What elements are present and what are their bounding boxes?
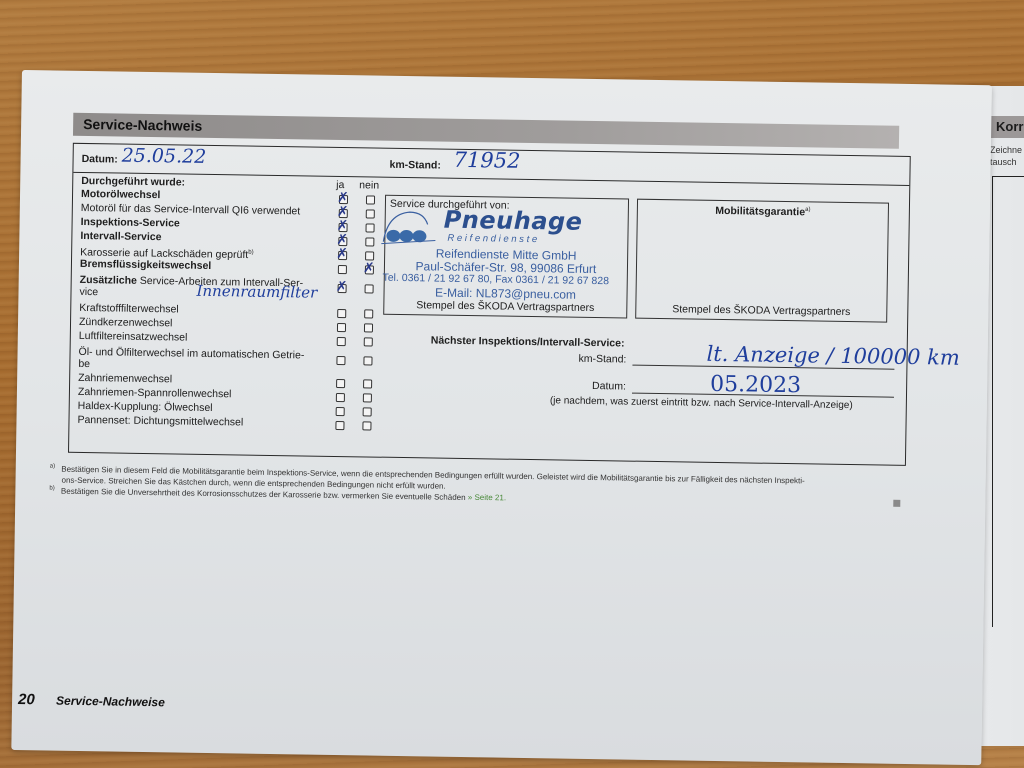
checkbox-nein[interactable] xyxy=(363,407,372,416)
checklist-item: Intervall-Service xyxy=(80,230,161,243)
service-record-form: Datum: 25.05.22 km-Stand: 71952 Durchgef… xyxy=(68,143,911,466)
km-stand-value[interactable]: 71952 xyxy=(453,148,520,173)
next-km-label: km-Stand: xyxy=(578,353,626,366)
checkbox-nein[interactable] xyxy=(365,237,374,246)
checkbox-ja[interactable] xyxy=(336,379,345,388)
checkbox-ja[interactable] xyxy=(337,323,346,332)
check-cross-icon: ✗ xyxy=(336,247,348,261)
left-page: Service-Nachweis Datum: 25.05.22 km-Stan… xyxy=(11,70,992,765)
checkbox-ja[interactable] xyxy=(337,337,346,346)
right-page-frame xyxy=(992,176,1024,627)
next-service-note: (je nachdem, was zuerst eintritt bzw. na… xyxy=(550,395,853,411)
pneuhage-subtitle: R e i f e n d i e n s t e xyxy=(447,233,537,245)
km-stand-label: km-Stand: xyxy=(389,159,441,172)
next-service-heading: Nächster Inspektions/Intervall-Service: xyxy=(431,334,625,349)
mobility-stamp-caption: Stempel des ŠKODA Vertragspartners xyxy=(636,303,886,319)
right-page-text: Zeichne tausch xyxy=(990,144,1022,168)
checkbox-nein[interactable] xyxy=(362,421,371,430)
checkbox-nein[interactable] xyxy=(366,195,375,204)
checkbox-nein[interactable] xyxy=(365,251,374,260)
checkbox-ja[interactable] xyxy=(336,407,345,416)
checklist-item: Bremsflüssigkeitswechsel xyxy=(80,258,211,272)
checkbox-nein[interactable] xyxy=(366,209,375,218)
checklist-item: Zündkerzenwechsel xyxy=(79,316,173,329)
seite-21-link[interactable]: » Seite 21. xyxy=(468,493,506,503)
page-footer-title: Service-Nachweise xyxy=(56,694,165,710)
datum-value[interactable]: 25.05.22 xyxy=(121,145,206,168)
checklist-item: Zahnriemen-Spannrollenwechsel xyxy=(78,386,232,400)
checkbox-ja[interactable] xyxy=(335,421,344,430)
checkbox-nein[interactable] xyxy=(363,393,372,402)
next-km-value[interactable]: lt. Anzeige / 100000 km xyxy=(706,342,960,370)
checklist-item: Haldex-Kupplung: Ölwechsel xyxy=(78,400,213,414)
handwritten-extra-work[interactable]: Innenraumfilter xyxy=(196,282,317,302)
tire-logo-icon xyxy=(379,206,440,247)
column-nein: nein xyxy=(359,179,379,191)
checkbox-ja[interactable] xyxy=(336,393,345,402)
service-stamp-box: Service durchgeführt von: Pneuhage R e i… xyxy=(383,195,629,319)
date-km-row: Datum: 25.05.22 km-Stand: 71952 xyxy=(73,144,909,186)
checklist-item: Öl- und Ölfilterwechsel im automatischen… xyxy=(78,346,304,374)
check-cross-icon: ✗ xyxy=(336,280,348,294)
checkbox-nein[interactable] xyxy=(363,379,372,388)
checklist-heading: Durchgeführt wurde: xyxy=(81,175,185,189)
checklist-item: Motoröl für das Service-Intervall QI6 ve… xyxy=(81,202,301,217)
checkbox-nein[interactable] xyxy=(365,223,374,232)
pneuhage-logo: Pneuhage xyxy=(443,206,582,236)
checkbox-nein[interactable] xyxy=(364,323,373,332)
service-stamp-caption: Stempel des ŠKODA Vertragspartners xyxy=(384,299,626,315)
right-page-section-header: Korr xyxy=(988,116,1024,138)
section-title: Service-Nachweis xyxy=(73,113,899,149)
page-number: 20 xyxy=(18,691,35,708)
checkbox-ja[interactable] xyxy=(337,309,346,318)
checkbox-nein[interactable] xyxy=(364,309,373,318)
checkbox-nein[interactable] xyxy=(363,356,372,365)
mobility-guarantee-box: Mobilitätsgarantiea) Stempel des ŠKODA V… xyxy=(635,199,889,323)
checklist-item: Pannenset: Dichtungsmittelwechsel xyxy=(77,414,243,429)
checkbox-ja[interactable] xyxy=(336,356,345,365)
next-date-value[interactable]: 05.2023 xyxy=(710,372,801,398)
checklist-item: Inspektions-Service xyxy=(81,216,180,230)
checkbox-nein[interactable] xyxy=(364,337,373,346)
next-date-label: Datum: xyxy=(592,380,626,393)
checkbox-ja[interactable] xyxy=(338,265,347,274)
checklist-item: Motorölwechsel xyxy=(81,188,161,201)
checklist-item: Zahnriemenwechsel xyxy=(78,372,172,385)
checklist-item: Luftfiltereinsatzwechsel xyxy=(79,330,188,344)
checklist-item: Kraftstofffilterwechsel xyxy=(79,302,179,316)
section-end-mark xyxy=(893,500,900,507)
mobility-guarantee-heading: Mobilitätsgarantiea) xyxy=(638,204,888,220)
checkbox-nein[interactable] xyxy=(365,284,374,293)
datum-label: Datum: xyxy=(82,153,118,166)
